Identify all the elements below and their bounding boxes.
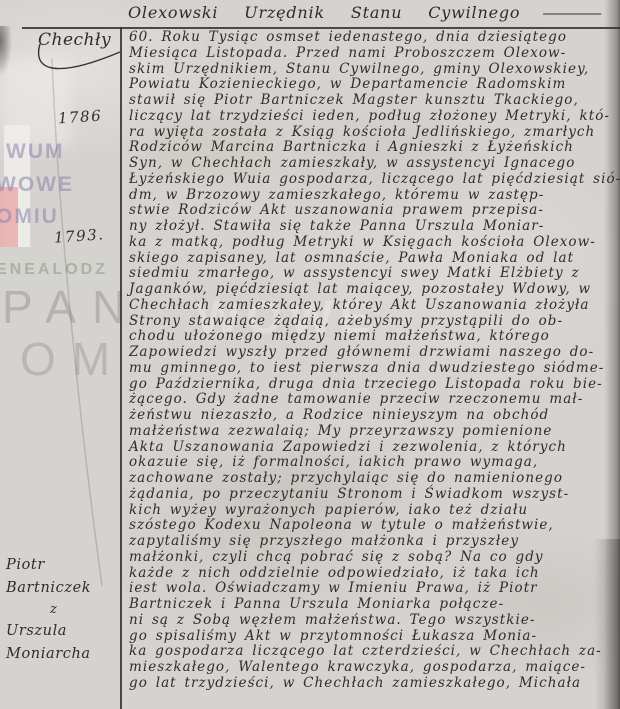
body-line: iest wola. Oświadczamy w Imieniu Prawa, … <box>129 581 615 597</box>
body-line: ka gospodarza liczącego lat czterdzieści… <box>129 644 615 660</box>
act-body-text: 60. Roku Tysiąc osmset iedenastego, dnia… <box>129 30 615 692</box>
header-line: Olexowski Urzędnik Stanu Cywilnego———— <box>128 3 614 22</box>
body-line: żącego. Gdy żadne tamowanie przeciw rzec… <box>129 392 615 408</box>
body-line: Rodziców Marcina Bartniczka i Agnieszki … <box>129 140 615 156</box>
body-line: każde z nich oddzielnie odpowiedziało, i… <box>129 566 615 582</box>
body-line: 60. Roku Tysiąc osmset iedenastego, dnia… <box>129 30 615 46</box>
margin-couple-name-line: Piotr <box>6 557 120 580</box>
body-line: go lat trzydzieści, w Chechłach zamieszk… <box>129 676 615 692</box>
body-line: zachowane zostały; przychylaiąc się do n… <box>129 471 615 487</box>
body-line: mieszkałego, Walentego krawczyka, gospod… <box>129 660 615 676</box>
body-line: małżonki, czyli chcą pobrać się z sobą? … <box>129 550 615 566</box>
body-line: Łyżeńskiego Wuia gospodarza, liczącego l… <box>129 172 615 188</box>
scan-edge-shadow-bottom-right <box>594 539 620 709</box>
body-line: Jaganków, pięćdziesiąt lat maiącey, pozo… <box>129 282 615 298</box>
body-line: stawił się Piotr Bartniczek Magster kuns… <box>129 93 615 109</box>
body-line: Akta Uszanowania Zapowiedzi i zezwolenia… <box>129 440 615 456</box>
body-line: go Października, druga dnia trzeciego Li… <box>129 377 615 393</box>
body-line: ny złożył. Stawiła się także Panna Urszu… <box>129 219 615 235</box>
header-text: Olexowski Urzędnik Stanu Cywilnego <box>128 3 520 22</box>
vertical-margin-rule <box>120 27 122 709</box>
body-line: żądania, po przeczytaniu Stronom i Świad… <box>129 487 615 503</box>
body-line: skiego zapisaney, lat osmnaście, Pawła M… <box>129 251 615 267</box>
body-line: mu gminnego, to iest pierwsza dnia dwudz… <box>129 361 615 377</box>
body-line: Zapowiedzi wyszły przed głównemi drzwiam… <box>129 345 615 361</box>
body-line: okazuie się, iż formalności, iakich praw… <box>129 455 615 471</box>
margin-couple-name-line: z <box>6 602 120 623</box>
body-line: żeństwu niezaszło, a Rodzice ninieyszym … <box>129 408 615 424</box>
body-line: stwie Rodziców Akt uszanowania prawem pr… <box>129 203 615 219</box>
body-line: małżeństwa zezwalaią; My przeyrzawszy po… <box>129 424 615 440</box>
margin-couple-name-line: Moniarcha <box>6 646 120 669</box>
margin-couple-name-line: Urszula <box>6 623 120 646</box>
body-line: ra wyięta została z Ksiąg kościoła Jedli… <box>129 125 615 141</box>
underline-flourish <box>30 42 128 84</box>
body-line: ka z matką, podług Metryki w Księgach ko… <box>129 235 615 251</box>
body-line: chodu ułożonego między niemi małżeństwa,… <box>129 329 615 345</box>
margin-couple-names: PiotrBartniczekzUrszulaMoniarcha <box>6 557 120 668</box>
scan-edge-smudge-top-left <box>0 26 12 76</box>
body-line: skim Urzędnikiem, Stanu Cywilnego, gminy… <box>129 62 615 78</box>
margin-year-groom: 1786 <box>57 106 102 127</box>
body-line: zapytaliśmy się przyszłego małżonka i pr… <box>129 534 615 550</box>
body-line: szóstego Kodexu Napoleona w tytule o mał… <box>129 518 615 534</box>
header-dash: ———— <box>542 3 600 22</box>
body-line: ni są z Sobą węzłem małżeństwa. Tego wsz… <box>129 613 615 629</box>
body-line: Miesiąca Listopada. Przed nami Proboszcz… <box>129 46 615 62</box>
document-scan: WUMWOWEOMIU ENEALODZ PAN OM WOWE Olexows… <box>0 0 620 709</box>
body-line: Bartniczek i Panna Urszula Moniarka połą… <box>129 597 615 613</box>
body-line: Strony stawaiące żądaią, ażebyśmy przyst… <box>129 314 615 330</box>
body-line: dm, w Brzozowy zamieszkałego, któremu w … <box>129 188 615 204</box>
body-line: Syn, w Chechłach zamieszkały, w assysten… <box>129 156 615 172</box>
margin-year-bride: 1793. <box>53 225 105 246</box>
body-line: Powiatu Kozienieckiego, w Departamencie … <box>129 77 615 93</box>
body-line: go spisaliśmy Akt w przytomności Łukasza… <box>129 629 615 645</box>
body-line: liczący lat trzydzieści ieden, podług zł… <box>129 109 615 125</box>
body-line: siedmiu zmarłego, w assystencyi swey Mat… <box>129 266 615 282</box>
margin-couple-name-line: Bartniczek <box>6 580 120 603</box>
body-line: kich wyżey wyrażonych papierów, iako też… <box>129 503 615 519</box>
body-line: Chechłach zamieszkałey, którey Akt Uszan… <box>129 298 615 314</box>
